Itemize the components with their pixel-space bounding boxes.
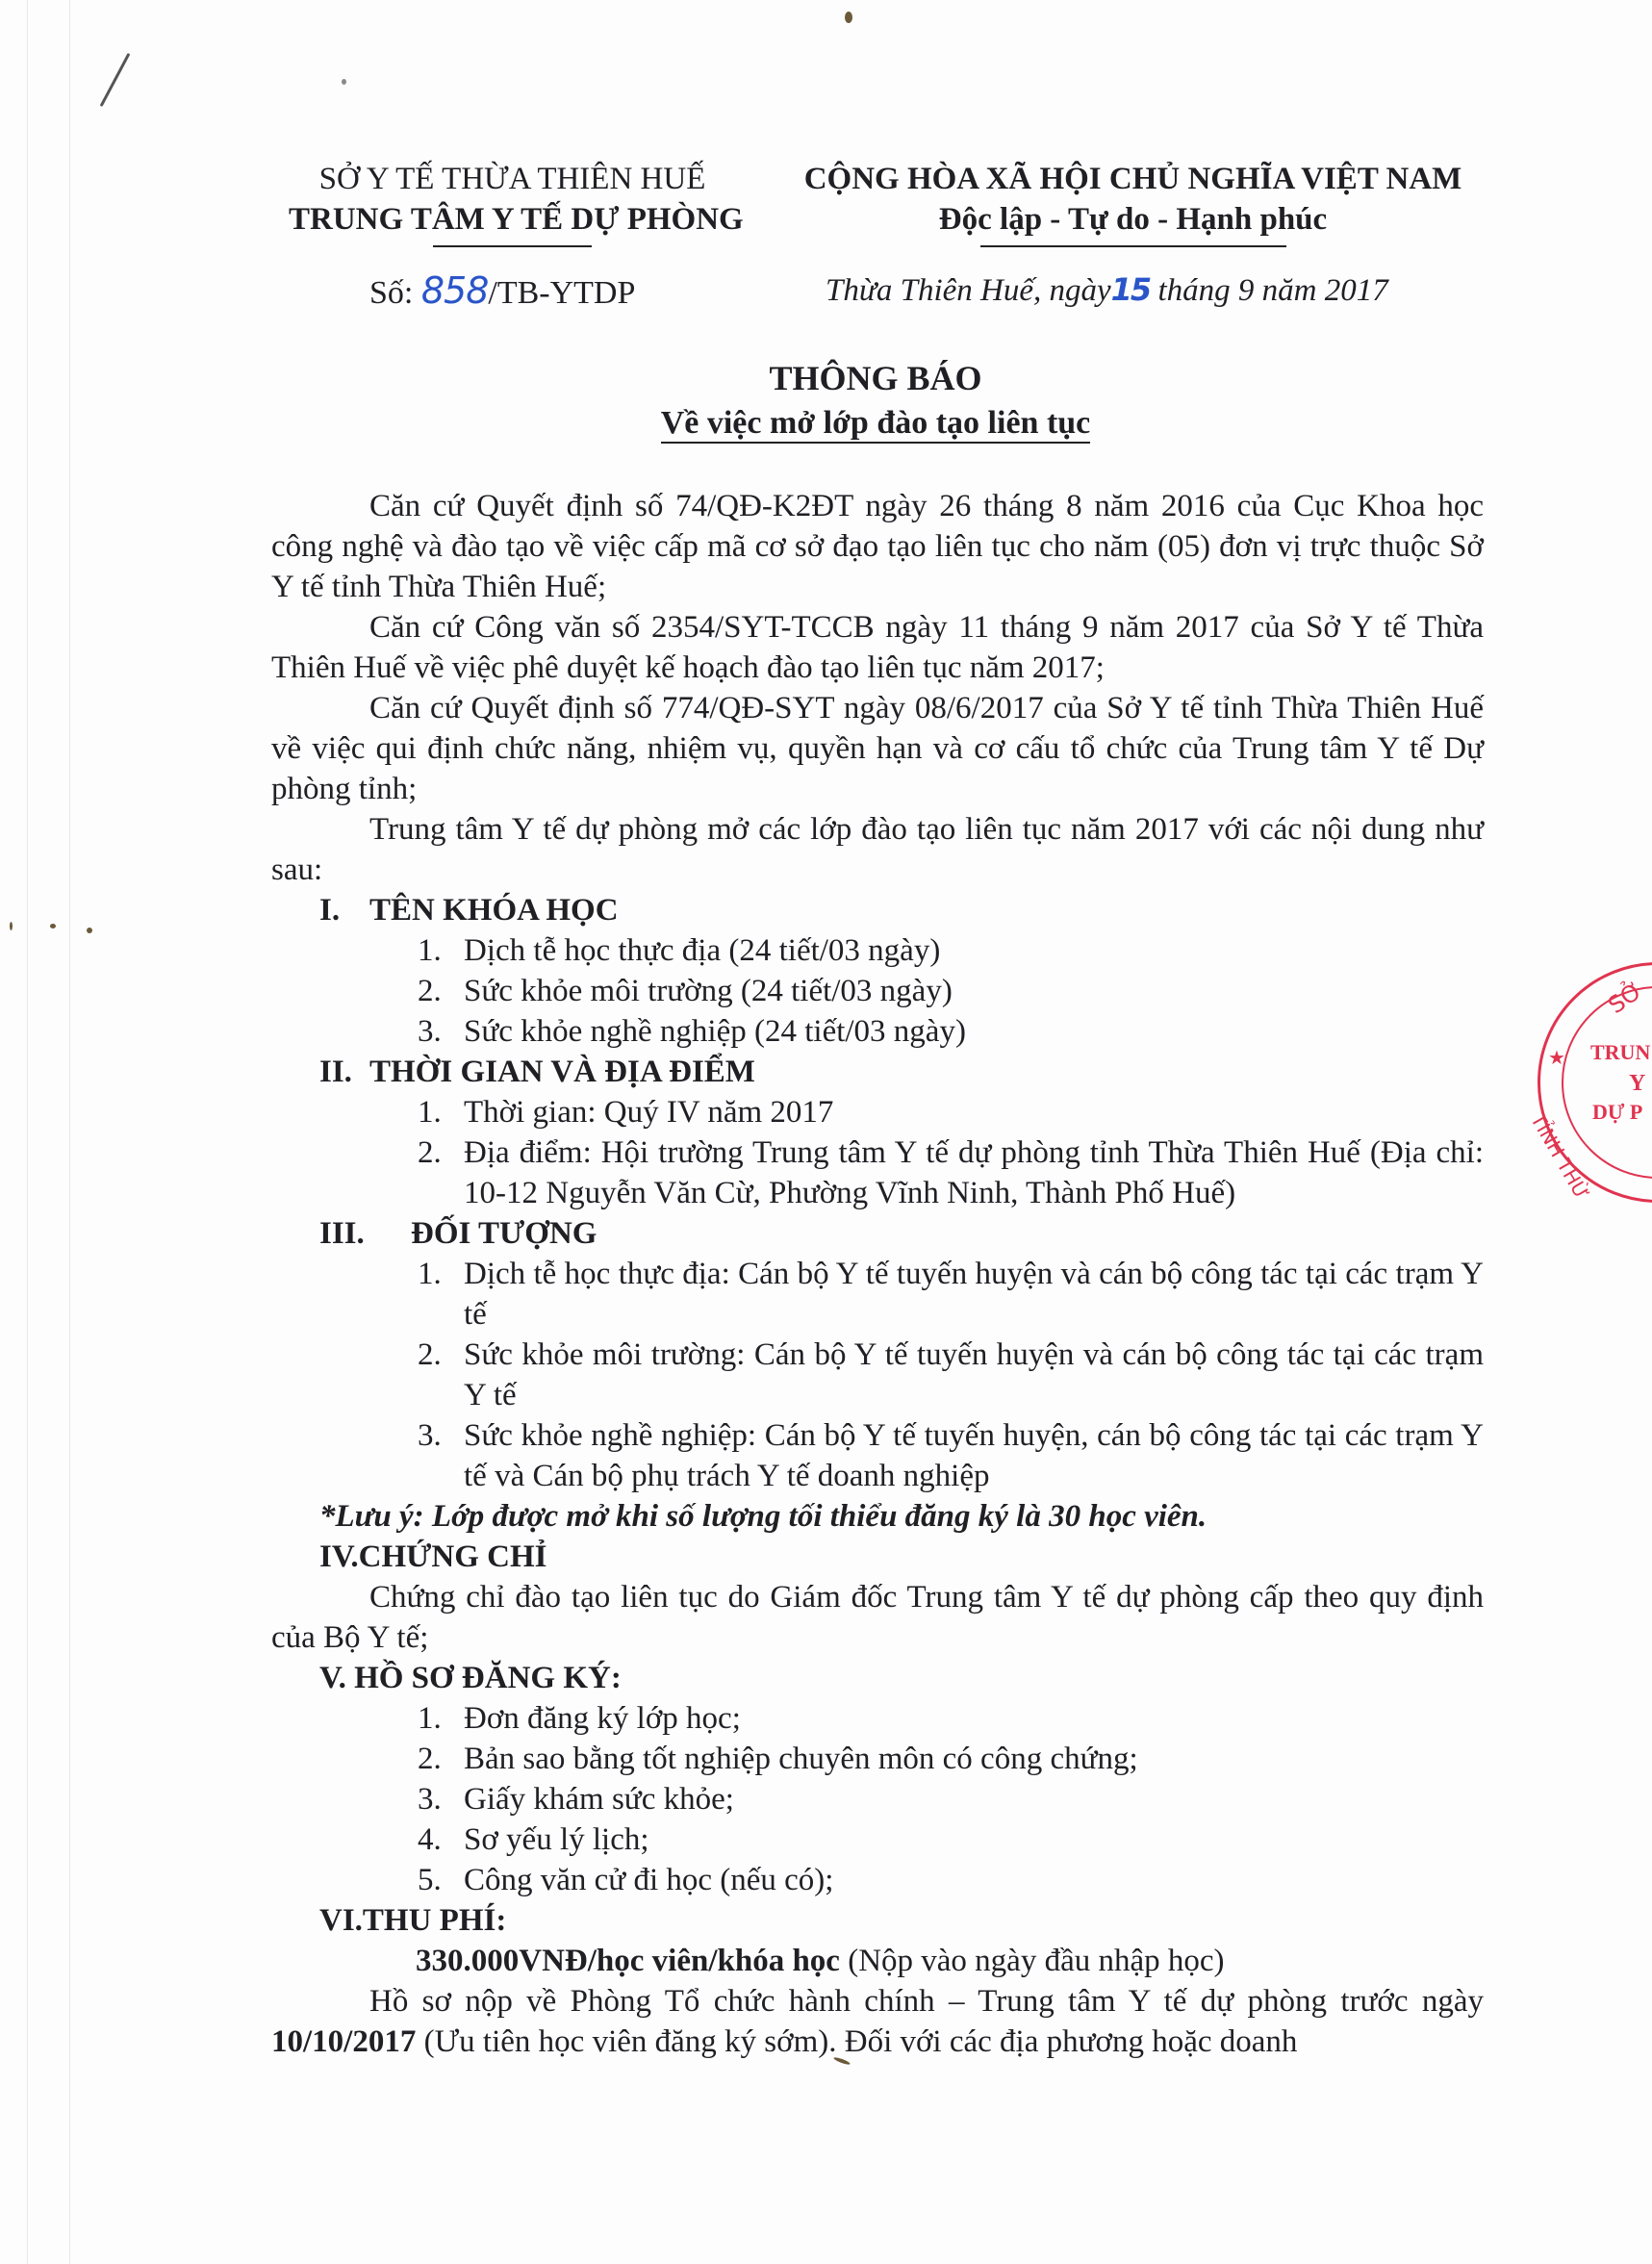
scan-speck: [342, 79, 346, 85]
list-item: 4.Sơ yếu lý lịch;: [271, 1819, 1484, 1860]
certificate-paragraph: Chứng chỉ đào tạo liên tục do Giám đốc T…: [271, 1577, 1484, 1658]
issuing-agency: SỞ Y TẾ THỪA THIÊN HUẾ TRUNG TÂM Y TẾ DỰ…: [289, 159, 736, 247]
scanned-document-page: SỞ Y TẾ THỪA THIÊN HUẾ TRUNG TÂM Y TẾ DỰ…: [0, 0, 1652, 2264]
document-subtitle: Về việc mở lớp đào tạo liên tục: [0, 402, 1652, 445]
scan-line: [27, 0, 28, 2264]
fee-amount: 330.000VNĐ/học viên/khóa học: [416, 1944, 840, 1978]
list-item: 3.Sức khỏe nghề nghiệp (24 tiết/03 ngày): [271, 1011, 1484, 1052]
section-heading-audience: III.ĐỐI TƯỢNG: [271, 1213, 1484, 1254]
list-item: 1.Dịch tễ học thực địa: Cán bộ Y tế tuyế…: [271, 1254, 1484, 1335]
document-date: Thừa Thiên Huế, ngày15 tháng 9 năm 2017: [826, 271, 1388, 309]
list-item: 2.Bản sao bằng tốt nghiệp chuyên môn có …: [271, 1739, 1484, 1779]
handwritten-number: 858: [421, 269, 489, 312]
agency-name: TRUNG TÂM Y TẾ DỰ PHÒNG: [289, 199, 736, 240]
seal-line: DỰ P: [1592, 1100, 1642, 1125]
section-number: II.: [319, 1052, 369, 1092]
document-number: Số: 858/TB-YTDP: [369, 269, 635, 312]
minimum-enrollment-note: *Lưu ý: Lớp được mở khi số lượng tối thi…: [271, 1496, 1484, 1537]
fee-line: 330.000VNĐ/học viên/khóa học (Nộp vào ng…: [271, 1941, 1484, 1981]
document-number-code: /TB-YTDP: [488, 275, 635, 311]
date-prefix: Thừa Thiên Huế, ngày: [826, 273, 1111, 308]
subtitle-text: Về việc mở lớp đào tạo liên tục: [661, 405, 1091, 444]
scan-line: [69, 0, 70, 2264]
seal-line: TRUN: [1590, 1040, 1650, 1065]
list-item: 5.Công văn cử đi học (nếu có);: [271, 1860, 1484, 1900]
scan-speck: [87, 928, 92, 933]
list-item: 2.Sức khỏe môi trường (24 tiết/03 ngày): [271, 971, 1484, 1011]
document-body: Căn cứ Quyết định số 74/QĐ-K2ĐT ngày 26 …: [271, 486, 1484, 2062]
section-heading-time-place: II.THỜI GIAN VÀ ĐỊA ĐIỂM: [271, 1052, 1484, 1092]
list-item: 1.Thời gian: Quý IV năm 2017: [271, 1092, 1484, 1132]
list-item: 2.Sức khỏe môi trường: Cán bộ Y tế tuyến…: [271, 1335, 1484, 1415]
submission-paragraph: Hồ sơ nộp về Phòng Tổ chức hành chính – …: [271, 1981, 1484, 2062]
section-title: THỜI GIAN VÀ ĐỊA ĐIỂM: [369, 1055, 755, 1089]
time-place-list: 1.Thời gian: Quý IV năm 2017 2.Địa điểm:…: [271, 1092, 1484, 1213]
audience-list: 1.Dịch tễ học thực địa: Cán bộ Y tế tuyế…: [271, 1254, 1484, 1496]
pen-mark: [100, 53, 131, 107]
seal-line: Y: [1629, 1071, 1645, 1097]
date-suffix: tháng 9 năm 2017: [1150, 273, 1388, 308]
section-heading-registration: V. HỒ SƠ ĐĂNG KÝ:: [271, 1658, 1484, 1698]
motto: Độc lập - Tự do - Hạnh phúc: [784, 199, 1482, 240]
section-number: I.: [319, 890, 369, 930]
star-icon: ★: [1548, 1046, 1565, 1070]
preamble-paragraph: Căn cứ Công văn số 2354/SYT-TCCB ngày 11…: [271, 607, 1484, 688]
scan-speck: [50, 924, 56, 928]
registration-docs-list: 1.Đơn đăng ký lớp học; 2.Bản sao bằng tố…: [271, 1698, 1484, 1900]
scan-speck: [845, 12, 852, 23]
section-number: III.: [319, 1213, 411, 1254]
section-heading-certificate: IV.CHỨNG CHỈ: [271, 1537, 1484, 1577]
list-item: 1.Đơn đăng ký lớp học;: [271, 1698, 1484, 1739]
section-title: ĐỐI TƯỢNG: [411, 1216, 597, 1251]
preamble-paragraph: Trung tâm Y tế dự phòng mở các lớp đào t…: [271, 809, 1484, 890]
preamble-paragraph: Căn cứ Quyết định số 774/QĐ-SYT ngày 08/…: [271, 688, 1484, 809]
list-item: 1.Dịch tễ học thực địa (24 tiết/03 ngày): [271, 930, 1484, 971]
course-list: 1.Dịch tễ học thực địa (24 tiết/03 ngày)…: [271, 930, 1484, 1052]
scan-speck: [10, 922, 13, 930]
list-item: 3.Sức khỏe nghề nghiệp: Cán bộ Y tế tuyế…: [271, 1415, 1484, 1496]
section-heading-fee: VI.THU PHÍ:: [271, 1900, 1484, 1941]
preamble-paragraph: Căn cứ Quyết định số 74/QĐ-K2ĐT ngày 26 …: [271, 486, 1484, 607]
section-heading-courses: I.TÊN KHÓA HỌC: [271, 890, 1484, 930]
national-motto: CỘNG HÒA XÃ HỘI CHỦ NGHĨA VIỆT NAM Độc l…: [784, 159, 1482, 247]
handwritten-day: 15: [1111, 271, 1151, 308]
parent-agency: SỞ Y TẾ THỪA THIÊN HUẾ: [289, 159, 736, 199]
fee-note: (Nộp vào ngày đầu nhập học): [840, 1944, 1225, 1978]
document-number-label: Số:: [369, 275, 421, 311]
divider: [433, 245, 592, 247]
official-seal: ★ SỞ TRUN Y DỰ P TỈNH THỪ: [1538, 962, 1652, 1203]
section-title: TÊN KHÓA HỌC: [369, 893, 619, 928]
list-item: 2.Địa điểm: Hội trường Trung tâm Y tế dự…: [271, 1132, 1484, 1213]
list-item: 3.Giấy khám sức khỏe;: [271, 1779, 1484, 1819]
submission-deadline: 10/10/2017: [271, 2024, 416, 2059]
document-title: THÔNG BÁO: [0, 356, 1652, 400]
divider: [980, 245, 1286, 247]
country-name: CỘNG HÒA XÃ HỘI CHỦ NGHĨA VIỆT NAM: [784, 159, 1482, 199]
